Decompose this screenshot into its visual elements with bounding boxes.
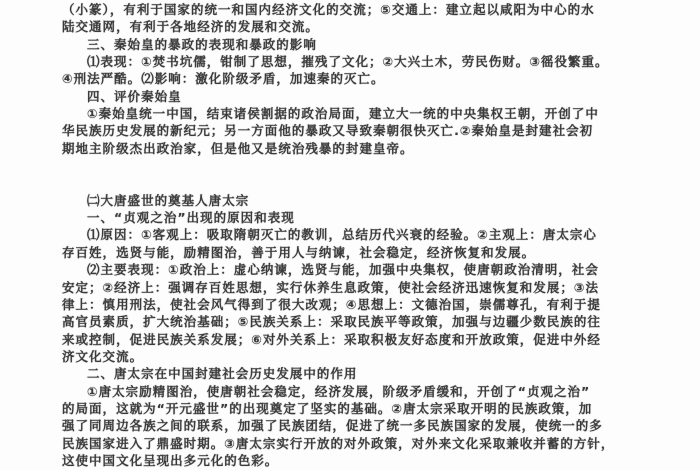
section-heading: 三、秦始皇的暴政的表现和暴政的影响: [62, 36, 660, 53]
text-line: 强了同周边各族之间的联系，加强了民族团结，促进了统一多民族国家的发展，使统一的多: [62, 417, 660, 434]
blank-line: [62, 157, 660, 174]
text-line: 来或控制，促进民族关系发展；⑥对外关系上：采取积极友好态度和开放政策，促进中外经: [62, 331, 660, 348]
text-line: 期地主阶级杰出政治家，但是他又是统治残暴的封建皇帝。: [62, 140, 660, 157]
section-heading: ㈡大唐盛世的奠基人唐太宗: [62, 192, 660, 209]
blank-line: [62, 174, 660, 191]
text-line: 陆交通网，有利于各地经济的发展和交流。: [62, 18, 660, 35]
text-line: 安定；②经济上：强调存百姓思想，实行休养生息政策，使社会经济迅速恢复和发展；③法: [62, 279, 660, 296]
section-heading: 二、唐太宗在中国封建社会历史发展中的作用: [62, 365, 660, 382]
text-line: 华民族历史发展的新纪元；另一方面他的暴政又导致秦朝很快灭亡.②秦始皇是封建社会初: [62, 122, 660, 139]
text-line: （小篆），有利于国家的统一和国内经济文化的交流；⑤交通上：建立起以咸阳为中心的水: [62, 1, 660, 18]
text-line: ①秦始皇统一中国，结束诸侯割据的政治局面，建立大一统的中央集权王朝，开创了中: [62, 105, 660, 122]
text-line: ⑴表现：①焚书坑儒，钳制了思想，摧残了文化；②大兴土木，劳民伤财。③徭役繁重。: [62, 53, 660, 70]
text-line: 这使中国文化呈现出多元化的色彩。: [62, 452, 660, 469]
text-line: 高官员素质，扩大统治基础；⑤民族关系上：采取民族平等政策，加强与边疆少数民族的往: [62, 313, 660, 330]
section-heading: 四、评价秦始皇: [62, 88, 660, 105]
section-heading: 一、“贞观之治”出现的原因和表现: [62, 209, 660, 226]
text-line: ⑴原因：①客观上：吸取隋朝灭亡的教训，总结历代兴衰的经验。②主观上：唐太宗心: [62, 226, 660, 243]
text-line: 民族国家进入了鼎盛时期。③唐太宗实行开放的对外政策，对外来文化采取兼收并蓄的方针…: [62, 435, 660, 452]
text-line: ④刑法严酷。⑵影响：激化阶级矛盾，加速秦的灭亡。: [62, 70, 660, 87]
text-line: ⑵主要表现：①政治上：虚心纳谏，选贤与能，加强中央集权，使唐朝政治清明，社会: [62, 261, 660, 278]
document-page: （小篆），有利于国家的统一和国内经济文化的交流；⑤交通上：建立起以咸阳为中心的水…: [0, 0, 700, 470]
text-line: ①唐太宗励精图治，使唐朝社会稳定，经济发展，阶级矛盾缓和，开创了“贞观之治”: [62, 383, 660, 400]
text-line: 的局面，这就为“开元盛世”的出现奠定了坚实的基础。②唐太宗采取开明的民族政策，加: [62, 400, 660, 417]
text-line: 存百姓，选贤与能，励精图治，善于用人与纳谏，社会稳定，经济恢复和发展。: [62, 244, 660, 261]
text-line: 律上：慎用刑法，使社会风气得到了很大改观；④思想上：文德治国，崇儒尊孔，有利于提: [62, 296, 660, 313]
text-line: 济文化交流。: [62, 348, 660, 365]
